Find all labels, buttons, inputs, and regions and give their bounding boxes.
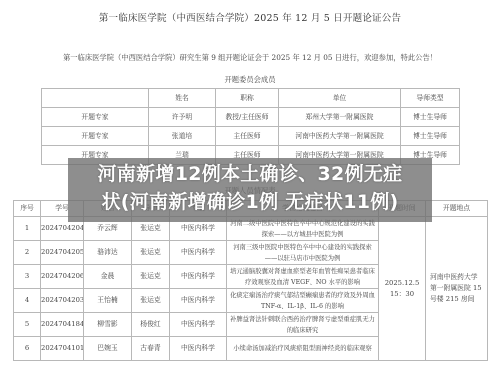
student-advisor: 张运克 bbox=[132, 289, 170, 313]
student-topic: 化痰定痫汤治疗痰气郁结型癫痫患者的疗效及外周血 TNF-α、IL-1β、IL-6… bbox=[227, 289, 379, 313]
committee-header-unit: 单位 bbox=[279, 89, 401, 108]
header-no: 序号 bbox=[14, 201, 41, 217]
student-no: 3 bbox=[14, 265, 41, 289]
student-topic: 培元通脑胶囊对肾虚血瘀型老年血管性痴呆患者临床疗效观察及血清 VEGF、NO 水… bbox=[227, 265, 379, 289]
committee-table: 姓名 职称 单位 导师类型 开题专家 许予明 教授/主任医师 郑州大学第一附属医… bbox=[41, 88, 460, 165]
student-advisor: 张运克 bbox=[132, 265, 170, 289]
student-no: 6 bbox=[14, 337, 41, 361]
student-id: 2024704101 bbox=[41, 337, 84, 361]
headline-line-1: 河南新增12例本土确诊、32例无症 bbox=[68, 160, 432, 188]
header-place: 开题地点 bbox=[426, 201, 488, 217]
student-advisor: 杨俊红 bbox=[132, 313, 170, 337]
committee-header-title: 职称 bbox=[216, 89, 279, 108]
committee-header-advisor-type: 导师类型 bbox=[401, 89, 460, 108]
student-no: 5 bbox=[14, 313, 41, 337]
committee-role: 开题专家 bbox=[42, 127, 149, 146]
student-major: 中医内科学 bbox=[170, 289, 227, 313]
student-advisor: 古春青 bbox=[132, 337, 170, 361]
student-no: 1 bbox=[14, 217, 41, 241]
student-major: 中医内科学 bbox=[170, 313, 227, 337]
student-id: 2024704206 bbox=[41, 265, 84, 289]
defense-date: 2025.12.5 bbox=[379, 278, 425, 289]
committee-unit: 河南中医药大学第一附属医院 bbox=[279, 127, 401, 146]
committee-header-name: 姓名 bbox=[149, 89, 216, 108]
defense-place: 河南中医药大学第一附属医院 15 号楼 215 房间 bbox=[426, 217, 488, 361]
student-name: 金晨 bbox=[84, 265, 132, 289]
student-no: 4 bbox=[14, 289, 41, 313]
student-major: 中医内科学 bbox=[170, 265, 227, 289]
committee-title: 主任医师 bbox=[216, 127, 279, 146]
student-major: 中医内科学 bbox=[170, 241, 227, 265]
student-topic: 小续命汤加减治疗风痰瘀阻型面神经炎的临床观察 bbox=[227, 337, 379, 361]
committee-role: 开题专家 bbox=[42, 108, 149, 127]
student-no: 2 bbox=[14, 241, 41, 265]
student-topic: 河南三级中医院中医特色卒中中心建设的实践探索——以驻马店市中医院为例 bbox=[227, 241, 379, 265]
committee-row: 开题专家 张道培 主任医师 河南中医药大学第一附属医院 博士生导师 bbox=[42, 127, 460, 146]
headline-line-2: 状(河南新增确诊1例 无症状11例) bbox=[68, 188, 432, 216]
committee-advisor-type: 博士生导师 bbox=[401, 127, 460, 146]
student-major: 中医内科学 bbox=[170, 337, 227, 361]
student-id: 2024704205 bbox=[41, 241, 84, 265]
committee-advisor-type: 博士生导师 bbox=[401, 108, 460, 127]
committee-row: 开题专家 许予明 教授/主任医师 郑州大学第一附属医院 博士生导师 bbox=[42, 108, 460, 127]
student-name: 王怡楠 bbox=[84, 289, 132, 313]
defense-clock: 15：30 bbox=[379, 289, 425, 300]
defense-time: 2025.12.5 15：30 bbox=[379, 217, 426, 361]
headline-overlay: 河南新增12例本土确诊、32例无症 状(河南新增确诊1例 无症状11例) bbox=[68, 160, 432, 216]
committee-name: 许予明 bbox=[149, 108, 216, 127]
student-id: 2024704184 bbox=[41, 313, 84, 337]
committee-unit: 郑州大学第一附属医院 bbox=[279, 108, 401, 127]
committee-name: 张道培 bbox=[149, 127, 216, 146]
student-name: 巴婉玉 bbox=[84, 337, 132, 361]
student-id: 2024704203 bbox=[41, 289, 84, 313]
committee-caption: 开题委员会成员 bbox=[0, 75, 500, 85]
committee-header-row: 姓名 职称 单位 导师类型 bbox=[42, 89, 460, 108]
student-name: 柳雪影 bbox=[84, 313, 132, 337]
announcement-intro: 第一临床医学院（中西医结合学院）研究生第 9 组开题论证会于 2025 年 12… bbox=[0, 53, 500, 63]
student-topic: 补脾益肾法针刺联合西药治疗脾肾亏虚型重症肌无力的临床研究 bbox=[227, 313, 379, 337]
committee-title: 教授/主任医师 bbox=[216, 108, 279, 127]
committee-header-role bbox=[42, 89, 149, 108]
student-advisor: 张运克 bbox=[132, 241, 170, 265]
students-table: 序号 学号 姓名 导师 专业 学位论文题目 开题时间 开题地点 1 202470… bbox=[13, 200, 488, 361]
announcement-title: 第一临床医学院（中西医结合学院）2025 年 12 月 5 日开题论证公告 bbox=[0, 10, 500, 24]
student-name: 骆沛达 bbox=[84, 241, 132, 265]
